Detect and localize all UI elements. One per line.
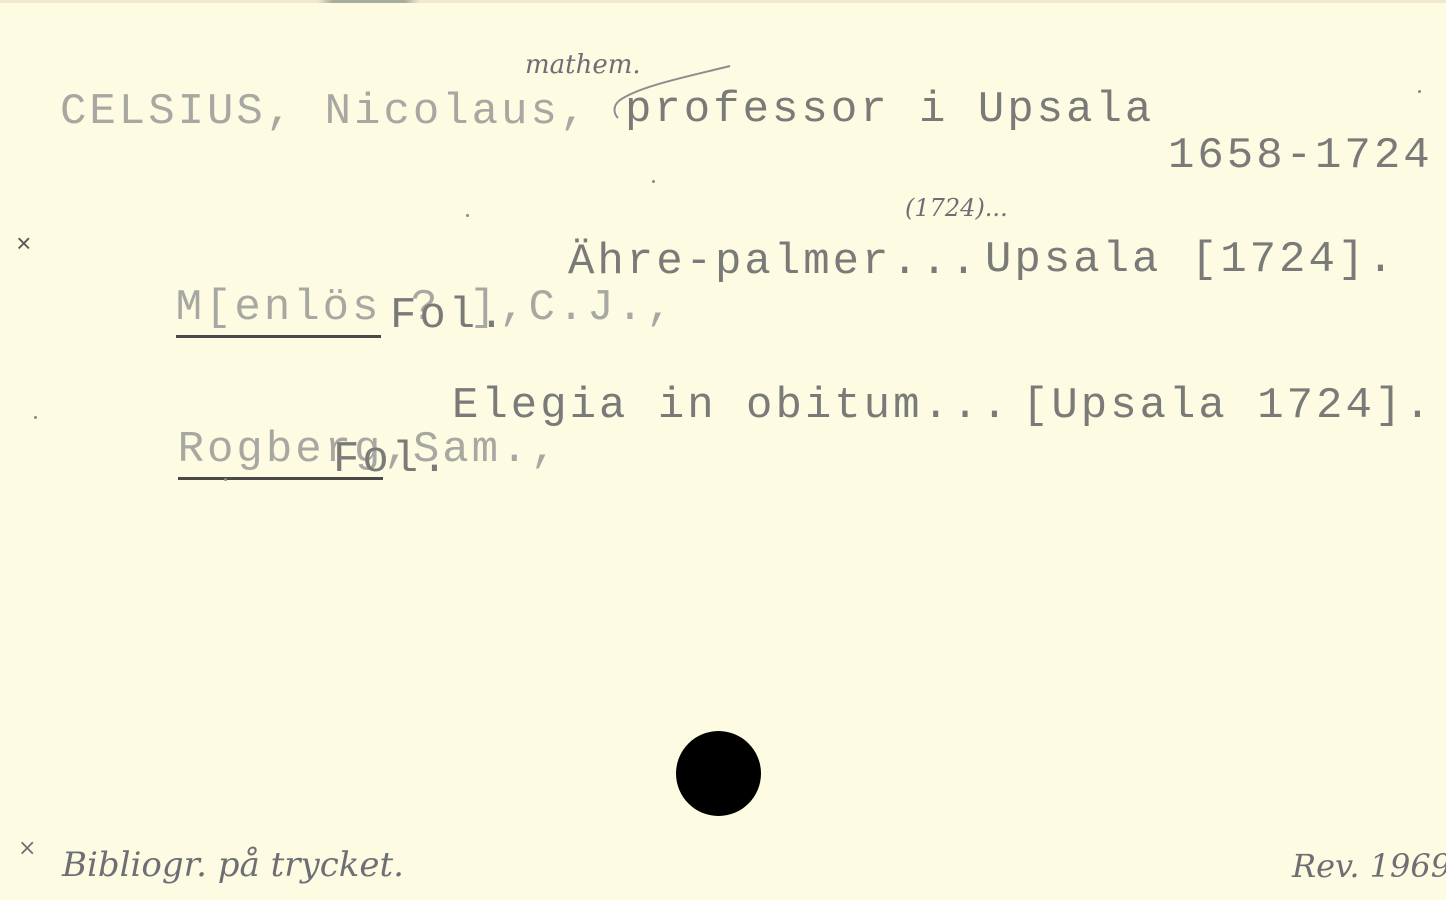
paper-speck bbox=[224, 478, 227, 481]
paper-speck bbox=[1418, 90, 1421, 93]
revision-note: Rev. 1969 bbox=[1292, 850, 1446, 882]
entry-format: Fol. bbox=[390, 294, 508, 338]
entry-author-underlined: M[enlös bbox=[176, 283, 382, 338]
catalog-card: mathem. CELSIUS, Nicolaus, professor i U… bbox=[0, 0, 1446, 900]
entry-imprint: [Upsala 1724]. bbox=[1022, 384, 1434, 428]
punch-hole bbox=[676, 731, 761, 816]
heading-title: professor i Upsala bbox=[625, 88, 1154, 132]
card-top-edge bbox=[0, 0, 1446, 3]
paper-speck bbox=[466, 214, 469, 217]
handwritten-note: Bibliogr. på trycket. bbox=[62, 848, 404, 882]
paper-speck bbox=[34, 416, 37, 419]
handwritten-insertion: (1724)... bbox=[905, 196, 1008, 220]
heading-name: CELSIUS, Nicolaus, bbox=[60, 90, 589, 134]
paper-speck bbox=[652, 180, 655, 183]
entry-marker-x: × bbox=[16, 232, 32, 258]
footer-marker-x: × bbox=[18, 838, 36, 860]
entry-title: Ähre-palmer... bbox=[568, 240, 980, 284]
entry-format: Fol. bbox=[333, 438, 451, 482]
heading-dates: 1658-1724 bbox=[1168, 134, 1433, 178]
entry-title: Elegia in obitum... bbox=[452, 384, 1011, 428]
entry-imprint: Upsala [1724]. bbox=[985, 238, 1397, 282]
